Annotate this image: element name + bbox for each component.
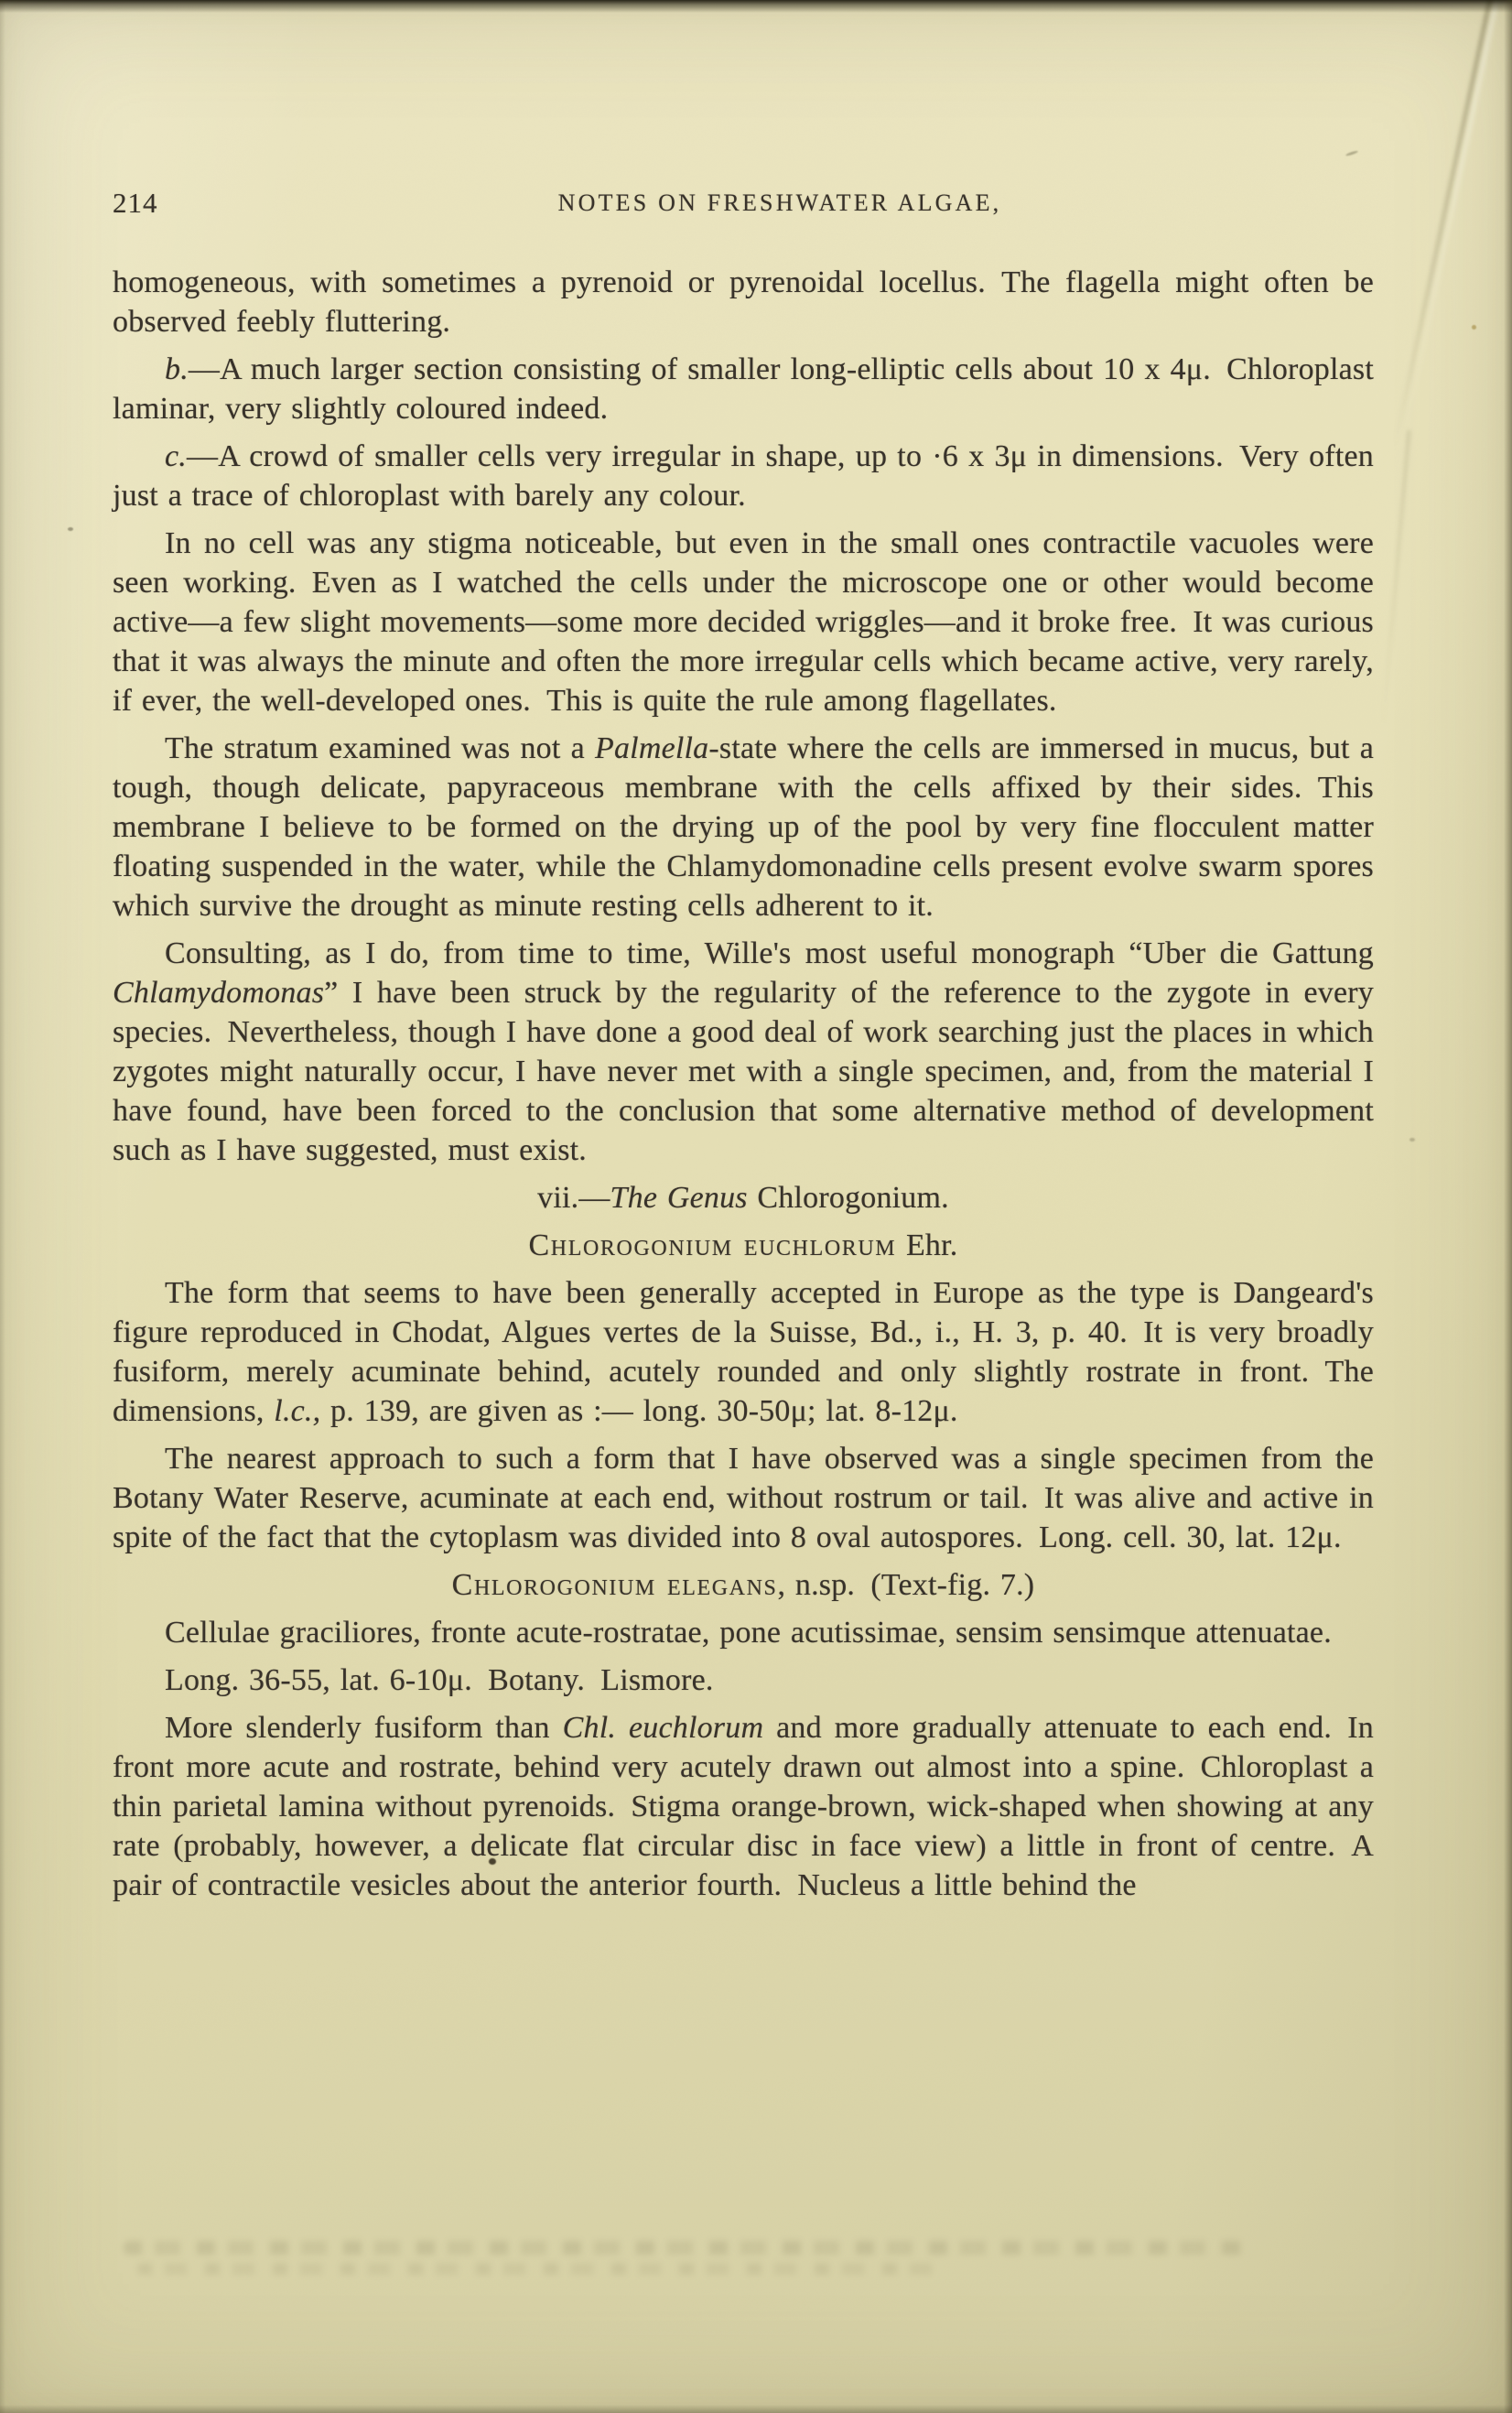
paragraph-elegans-description: More slenderly fusiform than Chl. euchlo… bbox=[113, 1708, 1374, 1905]
paragraph-dimensions-locality: Long. 36-55, lat. 6-10μ. Botany. Lismore… bbox=[113, 1661, 1374, 1700]
running-head: NOTES ON FRESHWATER ALGAE, bbox=[558, 189, 1002, 217]
paragraph-stigma-observations: In no cell was any stigma noticeable, bu… bbox=[113, 524, 1374, 720]
scan-edge-bottom bbox=[0, 2405, 1512, 2413]
paper-crease-faint bbox=[1381, 430, 1410, 731]
page-number: 214 bbox=[113, 187, 158, 220]
scan-edge-top bbox=[0, 0, 1512, 13]
paper-speck bbox=[1472, 325, 1476, 330]
reverse-page-showthrough bbox=[137, 2263, 943, 2275]
text-column: homogeneous, with sometimes a pyrenoid o… bbox=[113, 263, 1374, 1913]
paragraph-nearest-approach: The nearest approach to such a form that… bbox=[113, 1439, 1374, 1557]
paper-speck bbox=[68, 527, 73, 531]
paper-speck bbox=[1345, 150, 1358, 157]
section-heading-genus-chlorogonium: vii.—The Genus Chlorogonium. bbox=[113, 1178, 1374, 1217]
paragraph-consulting-wille: Consulting, as I do, from time to time, … bbox=[113, 934, 1374, 1170]
paragraph-stratum: The stratum examined was not a Palmella-… bbox=[113, 729, 1374, 925]
paper-crease-highlight bbox=[1403, 0, 1503, 430]
paragraph-euchlorum-type-form: The form that seems to have been general… bbox=[113, 1273, 1374, 1431]
species-heading-elegans: Chlorogonium elegans, n.sp. (Text-fig. 7… bbox=[113, 1565, 1374, 1605]
paragraph-latin-diagnosis: Cellulae graciliores, fronte acute-rostr… bbox=[113, 1613, 1374, 1652]
paragraph-item-b: b.—A much larger section consisting of s… bbox=[113, 350, 1374, 428]
scan-edge-right bbox=[1504, 0, 1512, 2413]
species-heading-euchlorum: Chlorogonium euchlorum Ehr. bbox=[113, 1226, 1374, 1265]
ink-spot bbox=[489, 1858, 496, 1865]
scan-edge-left bbox=[0, 0, 5, 2413]
paper-speck bbox=[1409, 1138, 1415, 1142]
page-header: 214 NOTES ON FRESHWATER ALGAE, bbox=[113, 186, 1374, 226]
scanned-page: 214 NOTES ON FRESHWATER ALGAE, homogeneo… bbox=[0, 0, 1512, 2413]
paragraph-homogeneous: homogeneous, with sometimes a pyrenoid o… bbox=[113, 263, 1374, 341]
paper-crease bbox=[1393, 0, 1496, 448]
reverse-page-showthrough bbox=[124, 2241, 1249, 2255]
paragraph-item-c: c.—A crowd of smaller cells very irregul… bbox=[113, 437, 1374, 515]
